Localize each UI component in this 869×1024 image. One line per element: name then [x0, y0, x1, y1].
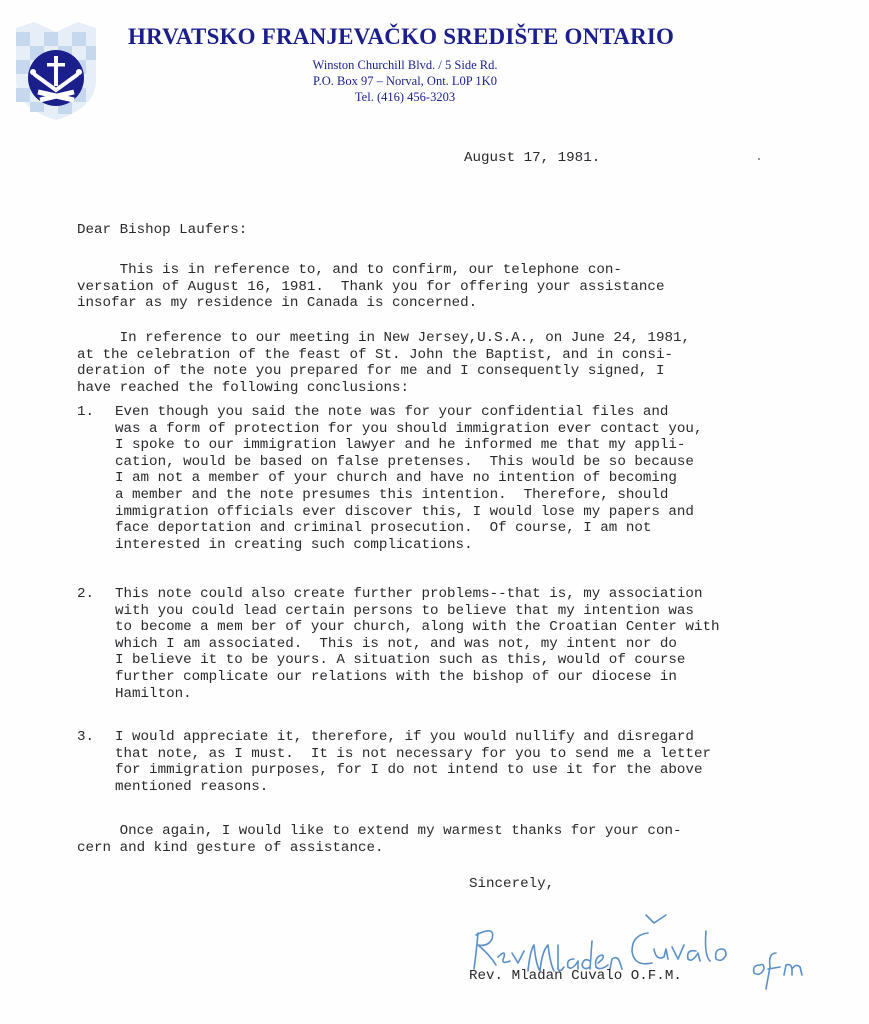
conclusion-number: 2. — [77, 586, 94, 603]
signoff: Sincerely, — [469, 876, 554, 893]
closing-paragraph: Once again, I would like to extend my wa… — [77, 823, 682, 856]
paragraph-reference: This is in reference to, and to confirm,… — [77, 262, 664, 312]
salutation: Dear Bishop Laufers: — [77, 222, 247, 239]
letter-date: August 17, 1981. — [464, 150, 600, 167]
conclusion-text: This note could also create further prob… — [115, 586, 720, 702]
address-line: P.O. Box 97 – Norval, Ont. L0P 1K0 — [260, 73, 550, 89]
conclusion-text: Even though you said the note was for yo… — [115, 404, 702, 553]
conclusion-text: I would appreciate it, therefore, if you… — [115, 729, 711, 795]
phone-line: Tel. (416) 456-3203 — [260, 89, 550, 105]
address-line: Winston Churchill Blvd. / 5 Side Rd. — [260, 57, 550, 73]
franciscan-shield-logo-icon — [12, 18, 100, 122]
organization-address: Winston Churchill Blvd. / 5 Side Rd. P.O… — [260, 57, 550, 105]
paragraph-meeting: In reference to our meeting in New Jerse… — [77, 330, 690, 396]
stray-mark — [758, 158, 760, 160]
conclusion-number: 1. — [77, 404, 94, 421]
letter-page: HRVATSKO FRANJEVAČKO SREDIŠTE ONTARIO Wi… — [0, 0, 869, 1024]
conclusion-number: 3. — [77, 729, 94, 746]
typed-signature-name: Rev. Mladan Cuvalo O.F.M. — [469, 968, 682, 985]
organization-name: HRVATSKO FRANJEVAČKO SREDIŠTE ONTARIO — [128, 24, 674, 50]
